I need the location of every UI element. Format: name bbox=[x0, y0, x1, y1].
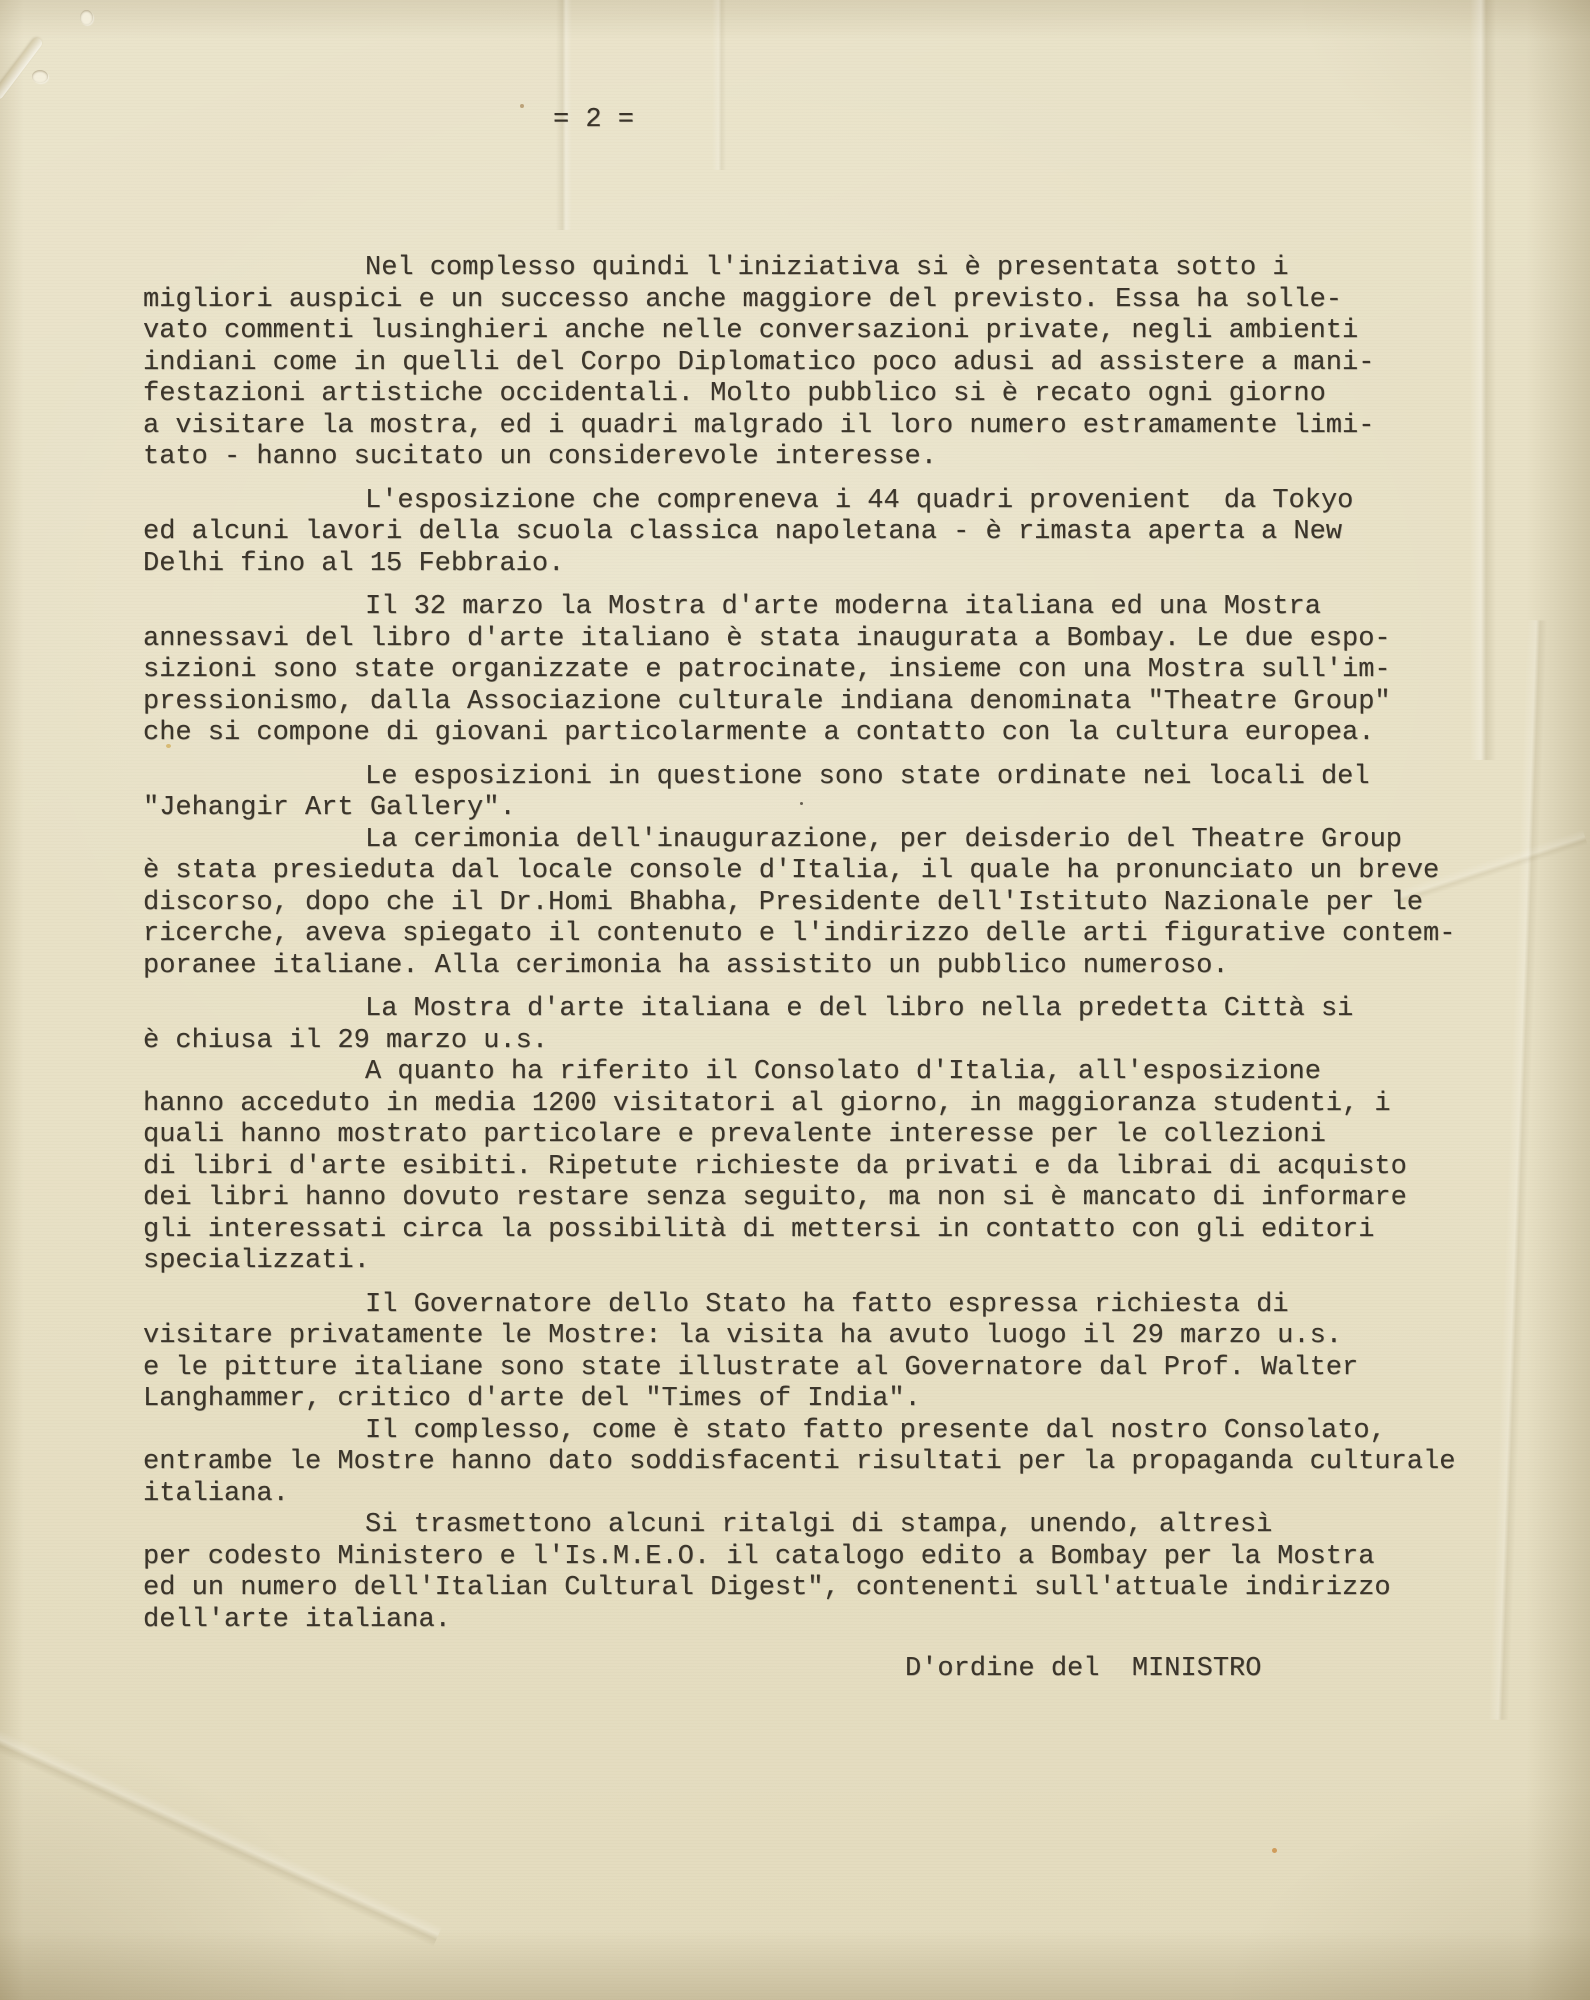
text-line: Le esposizioni in questione sono state o… bbox=[143, 762, 1473, 794]
text-line: "Jehangir Art Gallery". bbox=[143, 793, 1473, 825]
document-sheet: = 2 = Nel complesso quindi l'iniziativa … bbox=[0, 0, 1590, 2000]
text-line: Delhi fino al 15 Febbraio. bbox=[143, 549, 1473, 581]
staple-hole bbox=[32, 70, 48, 83]
paragraph: La Mostra d'arte italiana e del libro ne… bbox=[143, 994, 1473, 1057]
text-line: tato - hanno sucitato un considerevole i… bbox=[143, 442, 1473, 474]
paragraph: Nel complesso quindi l'iniziativa si è p… bbox=[143, 253, 1473, 474]
text-line: L'esposizione che compreneva i 44 quadri… bbox=[143, 486, 1473, 518]
text-line: visitare privatamente le Mostre: la visi… bbox=[143, 1321, 1473, 1353]
text-line: Il Governatore dello Stato ha fatto espr… bbox=[143, 1290, 1473, 1322]
staple-hole bbox=[80, 10, 93, 25]
text-line: Nel complesso quindi l'iniziativa si è p… bbox=[143, 253, 1473, 285]
paragraph: Le esposizioni in questione sono state o… bbox=[143, 762, 1473, 825]
text-line: A quanto ha riferito il Consolato d'Ital… bbox=[143, 1057, 1473, 1089]
paper-crease bbox=[1470, 0, 1496, 760]
text-line: La Mostra d'arte italiana e del libro ne… bbox=[143, 994, 1473, 1026]
text-line: ed alcuni lavori della scuola classica n… bbox=[143, 517, 1473, 549]
text-line: e le pitture italiane sono state illustr… bbox=[143, 1353, 1473, 1385]
text-line: hanno acceduto in media 1200 visitatori … bbox=[143, 1089, 1473, 1121]
paragraph: La cerimonia dell'inaugurazione, per dei… bbox=[143, 825, 1473, 983]
text-line: dell'arte italiana. bbox=[143, 1605, 1473, 1637]
text-line: è chiusa il 29 marzo u.s. bbox=[143, 1026, 1473, 1058]
text-line: di libri d'arte esibiti. Ripetute richie… bbox=[143, 1152, 1473, 1184]
text-line: Si trasmettono alcuni ritalgi di stampa,… bbox=[143, 1510, 1473, 1542]
text-line: quali hanno mostrato particolare e preva… bbox=[143, 1120, 1473, 1152]
paragraph: Si trasmettono alcuni ritalgi di stampa,… bbox=[143, 1510, 1473, 1636]
text-line: a visitare la mostra, ed i quadri malgra… bbox=[143, 411, 1473, 443]
text-line: entrambe le Mostre hanno dato soddisface… bbox=[143, 1447, 1473, 1479]
paper-crease bbox=[1489, 620, 1547, 1720]
text-line: sizioni sono state organizzate e patroci… bbox=[143, 655, 1473, 687]
text-line: indiani come in quelli del Corpo Diploma… bbox=[143, 348, 1473, 380]
text-line: migliori auspici e un successo anche mag… bbox=[143, 285, 1473, 317]
text-line: italiana. bbox=[143, 1479, 1473, 1511]
paper-crease bbox=[0, 1715, 442, 1947]
text-line: festazioni artistiche occidentali. Molto… bbox=[143, 379, 1473, 411]
text-line: ricerche, aveva spiegato il contenuto e … bbox=[143, 919, 1473, 951]
text-line: gli interessati circa la possibilità di … bbox=[143, 1215, 1473, 1247]
text-line: annessavi del libro d'arte italiano è st… bbox=[143, 624, 1473, 656]
text-line: specializzati. bbox=[143, 1246, 1473, 1278]
text-line: discorso, dopo che il Dr.Homi Bhabha, Pr… bbox=[143, 888, 1473, 920]
paragraph: A quanto ha riferito il Consolato d'Ital… bbox=[143, 1057, 1473, 1278]
text-line: ed un numero dell'Italian Cultural Diges… bbox=[143, 1573, 1473, 1605]
paragraph: Il complesso, come è stato fatto present… bbox=[143, 1416, 1473, 1511]
paper-crease bbox=[712, 0, 726, 170]
ink-speck bbox=[520, 104, 524, 108]
text-line: Il 32 marzo la Mostra d'arte moderna ita… bbox=[143, 592, 1473, 624]
signature-line: D'ordine del MINISTRO bbox=[905, 1653, 1261, 1685]
paragraph: Il Governatore dello Stato ha fatto espr… bbox=[143, 1290, 1473, 1416]
ink-speck bbox=[1272, 1848, 1277, 1853]
text-line: Il complesso, come è stato fatto present… bbox=[143, 1416, 1473, 1448]
text-line: è stata presieduta dal locale console d'… bbox=[143, 856, 1473, 888]
text-line: dei libri hanno dovuto restare senza seg… bbox=[143, 1183, 1473, 1215]
staple-scar bbox=[0, 36, 44, 101]
paragraph: L'esposizione che compreneva i 44 quadri… bbox=[143, 486, 1473, 581]
text-line: che si compone di giovani particolarment… bbox=[143, 718, 1473, 750]
text-line: pressionismo, dalla Associazione cultura… bbox=[143, 687, 1473, 719]
document-body: Nel complesso quindi l'iniziativa si è p… bbox=[143, 253, 1473, 1636]
page-number: = 2 = bbox=[553, 104, 634, 136]
text-line: Langhammer, critico d'arte del "Times of… bbox=[143, 1384, 1473, 1416]
text-line: La cerimonia dell'inaugurazione, per dei… bbox=[143, 825, 1473, 857]
text-line: per codesto Ministero e l'Is.M.E.O. il c… bbox=[143, 1542, 1473, 1574]
paragraph: Il 32 marzo la Mostra d'arte moderna ita… bbox=[143, 592, 1473, 750]
text-line: vato commenti lusinghieri anche nelle co… bbox=[143, 316, 1473, 348]
text-line: poranee italiane. Alla cerimonia ha assi… bbox=[143, 951, 1473, 983]
